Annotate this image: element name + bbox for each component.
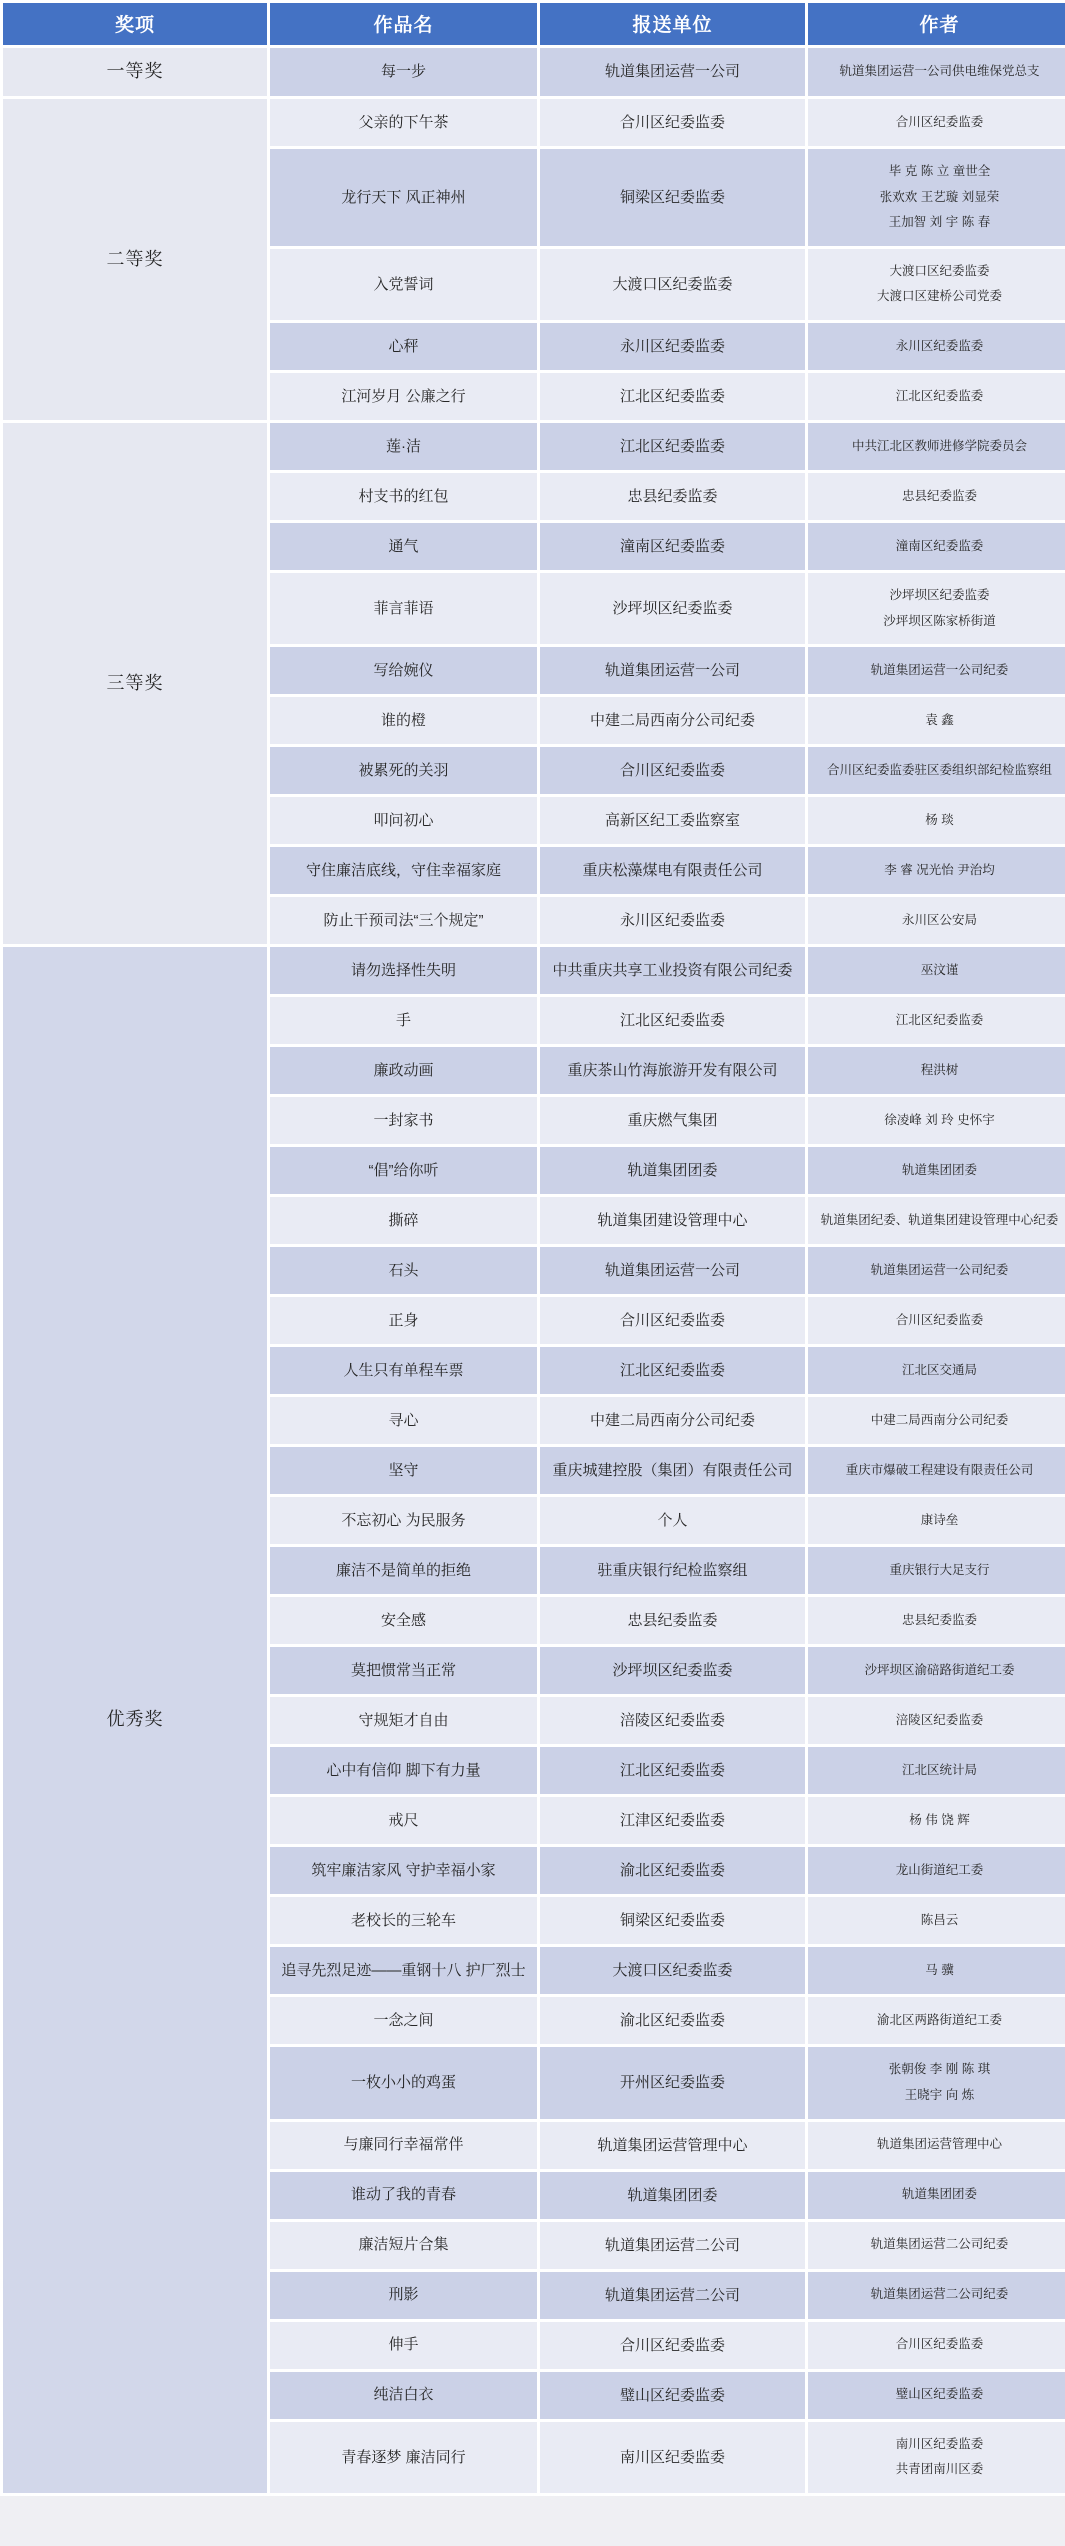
work-title-cell: 手 (270, 997, 537, 1044)
submitting-unit-cell: 高新区纪工委监察室 (540, 797, 805, 844)
submitting-unit-cell: 江北区纪委监委 (540, 373, 805, 420)
award-category-cell: 优秀奖 (3, 947, 267, 2493)
submitting-unit-cell: 轨道集团运营一公司 (540, 48, 805, 96)
author-line: 中建二局西南分公司纪委 (814, 1408, 1065, 1434)
submitting-unit-cell: 轨道集团运营二公司 (540, 2222, 805, 2269)
submitting-unit-cell: 江北区纪委监委 (540, 1347, 805, 1394)
author-line: 程洪树 (814, 1058, 1065, 1084)
submitting-unit-cell: 轨道集团团委 (540, 1147, 805, 1194)
table-header-row: 奖项 作品名 报送单位 作者 (3, 3, 1065, 45)
work-title-cell: 守住廉洁底线，守住幸福家庭 (270, 847, 537, 894)
author-line: 沙坪坝区渝碚路街道纪工委 (814, 1658, 1065, 1684)
author-cell: 江北区统计局 (808, 1747, 1065, 1794)
submitting-unit-cell: 沙坪坝区纪委监委 (540, 1647, 805, 1694)
submitting-unit-cell: 江北区纪委监委 (540, 423, 805, 470)
column-header-work-title: 作品名 (270, 3, 537, 45)
author-cell: 璧山区纪委监委 (808, 2372, 1065, 2419)
author-line: 马 骥 (814, 1958, 1065, 1984)
author-cell: 马 骥 (808, 1947, 1065, 1994)
author-line: 江北区纪委监委 (814, 1008, 1065, 1034)
author-line: 江北区交通局 (814, 1358, 1065, 1384)
work-title-cell: 老校长的三轮车 (270, 1897, 537, 1944)
submitting-unit-cell: 沙坪坝区纪委监委 (540, 573, 805, 644)
work-title-cell: 戒尺 (270, 1797, 537, 1844)
submitting-unit-cell: 合川区纪委监委 (540, 1297, 805, 1344)
author-cell: 轨道集团运营二公司纪委 (808, 2272, 1065, 2319)
author-line: 张朝俊 李 刚 陈 琪 (814, 2057, 1065, 2083)
author-cell: 龙山街道纪工委 (808, 1847, 1065, 1894)
work-title-cell: 一封家书 (270, 1097, 537, 1144)
author-cell: 杨 伟 饶 辉 (808, 1797, 1065, 1844)
author-line: 共青团南川区委 (814, 2457, 1065, 2483)
work-title-cell: 父亲的下午茶 (270, 99, 537, 146)
author-line: 轨道集团纪委、轨道集团建设管理中心纪委 (814, 1208, 1065, 1234)
work-title-cell: 寻心 (270, 1397, 537, 1444)
submitting-unit-cell: 忠县纪委监委 (540, 473, 805, 520)
work-title-cell: 入党誓词 (270, 249, 537, 320)
author-line: 大渡口区纪委监委 (814, 259, 1065, 285)
author-line: 璧山区纪委监委 (814, 2382, 1065, 2408)
submitting-unit-cell: 驻重庆银行纪检监察组 (540, 1547, 805, 1594)
author-cell: 永川区纪委监委 (808, 323, 1065, 370)
award-category-cell: 三等奖 (3, 423, 267, 944)
submitting-unit-cell: 铜梁区纪委监委 (540, 1897, 805, 1944)
work-title-cell: 廉洁不是简单的拒绝 (270, 1547, 537, 1594)
author-cell: 康诗垒 (808, 1497, 1065, 1544)
author-cell: 合川区纪委监委驻区委组织部纪检监察组 (808, 747, 1065, 794)
submitting-unit-cell: 永川区纪委监委 (540, 897, 805, 944)
submitting-unit-cell: 璧山区纪委监委 (540, 2372, 805, 2419)
author-line: 忠县纪委监委 (814, 1608, 1065, 1634)
column-header-author: 作者 (808, 3, 1065, 45)
author-cell: 合川区纪委监委 (808, 99, 1065, 146)
submitting-unit-cell: 重庆松藻煤电有限责任公司 (540, 847, 805, 894)
work-title-cell: 莫把惯常当正常 (270, 1647, 537, 1694)
author-line: 龙山街道纪工委 (814, 1858, 1065, 1884)
work-title-cell: “倡”给你听 (270, 1147, 537, 1194)
submitting-unit-cell: 江北区纪委监委 (540, 997, 805, 1044)
author-cell: 轨道集团运营管理中心 (808, 2122, 1065, 2169)
author-cell: 重庆市爆破工程建设有限责任公司 (808, 1447, 1065, 1494)
submitting-unit-cell: 大渡口区纪委监委 (540, 1947, 805, 1994)
author-line: 合川区纪委监委 (814, 110, 1065, 136)
author-line: 重庆市爆破工程建设有限责任公司 (814, 1458, 1065, 1484)
author-cell: 合川区纪委监委 (808, 1297, 1065, 1344)
author-cell: 大渡口区纪委监委大渡口区建桥公司党委 (808, 249, 1065, 320)
author-line: 轨道集团运营一公司供电维保党总支 (814, 59, 1065, 85)
submitting-unit-cell: 合川区纪委监委 (540, 2322, 805, 2369)
table-row: 一等奖每一步轨道集团运营一公司轨道集团运营一公司供电维保党总支 (3, 48, 1065, 96)
author-cell: 轨道集团运营一公司纪委 (808, 647, 1065, 694)
submitting-unit-cell: 中建二局西南分公司纪委 (540, 697, 805, 744)
author-line: 徐凌峰 刘 玲 史怀宇 (814, 1108, 1065, 1134)
work-title-cell: 追寻先烈足迹——重钢十八 护厂烈士 (270, 1947, 537, 1994)
submitting-unit-cell: 个人 (540, 1497, 805, 1544)
submitting-unit-cell: 南川区纪委监委 (540, 2422, 805, 2493)
work-title-cell: 龙行天下 风正神州 (270, 149, 537, 246)
work-title-cell: 石头 (270, 1247, 537, 1294)
table-row: 二等奖父亲的下午茶合川区纪委监委合川区纪委监委 (3, 99, 1065, 146)
submitting-unit-cell: 铜梁区纪委监委 (540, 149, 805, 246)
submitting-unit-cell: 轨道集团团委 (540, 2172, 805, 2219)
author-cell: 毕 克 陈 立 童世全张欢欢 王艺璇 刘显荣王加智 刘 宇 陈 春 (808, 149, 1065, 246)
work-title-cell: 人生只有单程车票 (270, 1347, 537, 1394)
work-title-cell: 青春逐梦 廉洁同行 (270, 2422, 537, 2493)
work-title-cell: 一念之间 (270, 1997, 537, 2044)
author-cell: 沙坪坝区纪委监委沙坪坝区陈家桥街道 (808, 573, 1065, 644)
author-cell: 合川区纪委监委 (808, 2322, 1065, 2369)
author-line: 合川区纪委监委 (814, 2332, 1065, 2358)
submitting-unit-cell: 大渡口区纪委监委 (540, 249, 805, 320)
author-line: 轨道集团运营管理中心 (814, 2132, 1065, 2158)
work-title-cell: 刑影 (270, 2272, 537, 2319)
submitting-unit-cell: 重庆燃气集团 (540, 1097, 805, 1144)
submitting-unit-cell: 重庆城建控股（集团）有限责任公司 (540, 1447, 805, 1494)
author-cell: 轨道集团运营一公司纪委 (808, 1247, 1065, 1294)
author-cell: 轨道集团运营二公司纪委 (808, 2222, 1065, 2269)
submitting-unit-cell: 中建二局西南分公司纪委 (540, 1397, 805, 1444)
author-cell: 重庆银行大足支行 (808, 1547, 1065, 1594)
author-line: 忠县纪委监委 (814, 484, 1065, 510)
work-title-cell: 江河岁月 公廉之行 (270, 373, 537, 420)
author-cell: 徐凌峰 刘 玲 史怀宇 (808, 1097, 1065, 1144)
author-cell: 忠县纪委监委 (808, 473, 1065, 520)
work-title-cell: 与廉同行幸福常伴 (270, 2122, 537, 2169)
submitting-unit-cell: 轨道集团运营二公司 (540, 2272, 805, 2319)
author-cell: 轨道集团团委 (808, 1147, 1065, 1194)
author-cell: 江北区纪委监委 (808, 997, 1065, 1044)
work-title-cell: 心中有信仰 脚下有力量 (270, 1747, 537, 1794)
work-title-cell: 纯洁白衣 (270, 2372, 537, 2419)
author-line: 沙坪坝区纪委监委 (814, 583, 1065, 609)
author-cell: 李 睿 况光怡 尹治均 (808, 847, 1065, 894)
work-title-cell: 谁动了我的青春 (270, 2172, 537, 2219)
author-line: 中共江北区教师进修学院委员会 (814, 434, 1065, 460)
author-line: 合川区纪委监委驻区委组织部纪检监察组 (814, 758, 1065, 784)
author-cell: 中共江北区教师进修学院委员会 (808, 423, 1065, 470)
submitting-unit-cell: 轨道集团建设管理中心 (540, 1197, 805, 1244)
author-cell: 中建二局西南分公司纪委 (808, 1397, 1065, 1444)
work-title-cell: 守规矩才自由 (270, 1697, 537, 1744)
work-title-cell: 谁的橙 (270, 697, 537, 744)
award-results-table: 奖项 作品名 报送单位 作者 一等奖每一步轨道集团运营一公司轨道集团运营一公司供… (0, 0, 1065, 2496)
submitting-unit-cell: 重庆茶山竹海旅游开发有限公司 (540, 1047, 805, 1094)
submitting-unit-cell: 中共重庆共享工业投资有限公司纪委 (540, 947, 805, 994)
award-category-cell: 一等奖 (3, 48, 267, 96)
author-cell: 涪陵区纪委监委 (808, 1697, 1065, 1744)
author-line: 轨道集团团委 (814, 1158, 1065, 1184)
author-line: 张欢欢 王艺璇 刘显荣 (814, 185, 1065, 211)
author-line: 王晓宇 向 炼 (814, 2083, 1065, 2109)
author-cell: 永川区公安局 (808, 897, 1065, 944)
author-cell: 渝北区两路街道纪工委 (808, 1997, 1065, 2044)
submitting-unit-cell: 忠县纪委监委 (540, 1597, 805, 1644)
work-title-cell: 安全感 (270, 1597, 537, 1644)
author-line: 轨道集团运营二公司纪委 (814, 2282, 1065, 2308)
work-title-cell: 菲言菲语 (270, 573, 537, 644)
author-line: 轨道集团运营二公司纪委 (814, 2232, 1065, 2258)
author-cell: 沙坪坝区渝碚路街道纪工委 (808, 1647, 1065, 1694)
author-cell: 巫汶谨 (808, 947, 1065, 994)
table-body: 一等奖每一步轨道集团运营一公司轨道集团运营一公司供电维保党总支二等奖父亲的下午茶… (3, 48, 1065, 2493)
submitting-unit-cell: 合川区纪委监委 (540, 99, 805, 146)
author-cell: 忠县纪委监委 (808, 1597, 1065, 1644)
submitting-unit-cell: 江北区纪委监委 (540, 1747, 805, 1794)
work-title-cell: 写给婉仪 (270, 647, 537, 694)
author-line: 永川区纪委监委 (814, 334, 1065, 360)
author-cell: 张朝俊 李 刚 陈 琪王晓宇 向 炼 (808, 2047, 1065, 2118)
author-line: 轨道集团运营一公司纪委 (814, 1258, 1065, 1284)
submitting-unit-cell: 合川区纪委监委 (540, 747, 805, 794)
submitting-unit-cell: 轨道集团运营一公司 (540, 1247, 805, 1294)
author-line: 王加智 刘 宇 陈 春 (814, 210, 1065, 236)
submitting-unit-cell: 潼南区纪委监委 (540, 523, 805, 570)
author-line: 康诗垒 (814, 1508, 1065, 1534)
author-line: 永川区公安局 (814, 908, 1065, 934)
author-line: 合川区纪委监委 (814, 1308, 1065, 1334)
author-line: 李 睿 况光怡 尹治均 (814, 858, 1065, 884)
work-title-cell: 每一步 (270, 48, 537, 96)
author-line: 陈昌云 (814, 1908, 1065, 1934)
submitting-unit-cell: 江津区纪委监委 (540, 1797, 805, 1844)
submitting-unit-cell: 轨道集团运营一公司 (540, 647, 805, 694)
table-row: 优秀奖请勿选择性失明中共重庆共享工业投资有限公司纪委巫汶谨 (3, 947, 1065, 994)
author-line: 轨道集团团委 (814, 2182, 1065, 2208)
author-line: 江北区统计局 (814, 1758, 1065, 1784)
column-header-submitting-unit: 报送单位 (540, 3, 805, 45)
author-line: 重庆银行大足支行 (814, 1558, 1065, 1584)
author-cell: 杨 琰 (808, 797, 1065, 844)
work-title-cell: 伸手 (270, 2322, 537, 2369)
work-title-cell: 筑牢廉洁家风 守护幸福小家 (270, 1847, 537, 1894)
author-cell: 轨道集团团委 (808, 2172, 1065, 2219)
submitting-unit-cell: 开州区纪委监委 (540, 2047, 805, 2118)
work-title-cell: 一枚小小的鸡蛋 (270, 2047, 537, 2118)
work-title-cell: 防止干预司法“三个规定” (270, 897, 537, 944)
work-title-cell: 村支书的红包 (270, 473, 537, 520)
author-line: 涪陵区纪委监委 (814, 1708, 1065, 1734)
work-title-cell: 通气 (270, 523, 537, 570)
work-title-cell: 莲·洁 (270, 423, 537, 470)
author-line: 沙坪坝区陈家桥街道 (814, 609, 1065, 635)
work-title-cell: 撕碎 (270, 1197, 537, 1244)
author-line: 渝北区两路街道纪工委 (814, 2008, 1065, 2034)
author-cell: 江北区交通局 (808, 1347, 1065, 1394)
author-cell: 南川区纪委监委共青团南川区委 (808, 2422, 1065, 2493)
submitting-unit-cell: 渝北区纪委监委 (540, 1847, 805, 1894)
author-cell: 潼南区纪委监委 (808, 523, 1065, 570)
author-cell: 陈昌云 (808, 1897, 1065, 1944)
submitting-unit-cell: 渝北区纪委监委 (540, 1997, 805, 2044)
author-line: 大渡口区建桥公司党委 (814, 284, 1065, 310)
submitting-unit-cell: 涪陵区纪委监委 (540, 1697, 805, 1744)
author-cell: 程洪树 (808, 1047, 1065, 1094)
author-line: 江北区纪委监委 (814, 384, 1065, 410)
author-line: 袁 鑫 (814, 708, 1065, 734)
author-line: 杨 琰 (814, 808, 1065, 834)
work-title-cell: 不忘初心 为民服务 (270, 1497, 537, 1544)
author-line: 潼南区纪委监委 (814, 534, 1065, 560)
author-line: 南川区纪委监委 (814, 2432, 1065, 2458)
author-cell: 轨道集团纪委、轨道集团建设管理中心纪委 (808, 1197, 1065, 1244)
work-title-cell: 正身 (270, 1297, 537, 1344)
author-line: 轨道集团运营一公司纪委 (814, 658, 1065, 684)
submitting-unit-cell: 永川区纪委监委 (540, 323, 805, 370)
author-cell: 轨道集团运营一公司供电维保党总支 (808, 48, 1065, 96)
author-line: 巫汶谨 (814, 958, 1065, 984)
page-bottom-margin (0, 2496, 1065, 2546)
author-line: 毕 克 陈 立 童世全 (814, 159, 1065, 185)
author-line: 杨 伟 饶 辉 (814, 1808, 1065, 1834)
award-category-cell: 二等奖 (3, 99, 267, 420)
work-title-cell: 廉洁短片合集 (270, 2222, 537, 2269)
work-title-cell: 叩问初心 (270, 797, 537, 844)
submitting-unit-cell: 轨道集团运营管理中心 (540, 2122, 805, 2169)
work-title-cell: 请勿选择性失明 (270, 947, 537, 994)
work-title-cell: 被累死的关羽 (270, 747, 537, 794)
author-cell: 袁 鑫 (808, 697, 1065, 744)
column-header-award: 奖项 (3, 3, 267, 45)
author-cell: 江北区纪委监委 (808, 373, 1065, 420)
table-row: 三等奖莲·洁江北区纪委监委中共江北区教师进修学院委员会 (3, 423, 1065, 470)
work-title-cell: 廉政动画 (270, 1047, 537, 1094)
work-title-cell: 心秤 (270, 323, 537, 370)
work-title-cell: 坚守 (270, 1447, 537, 1494)
